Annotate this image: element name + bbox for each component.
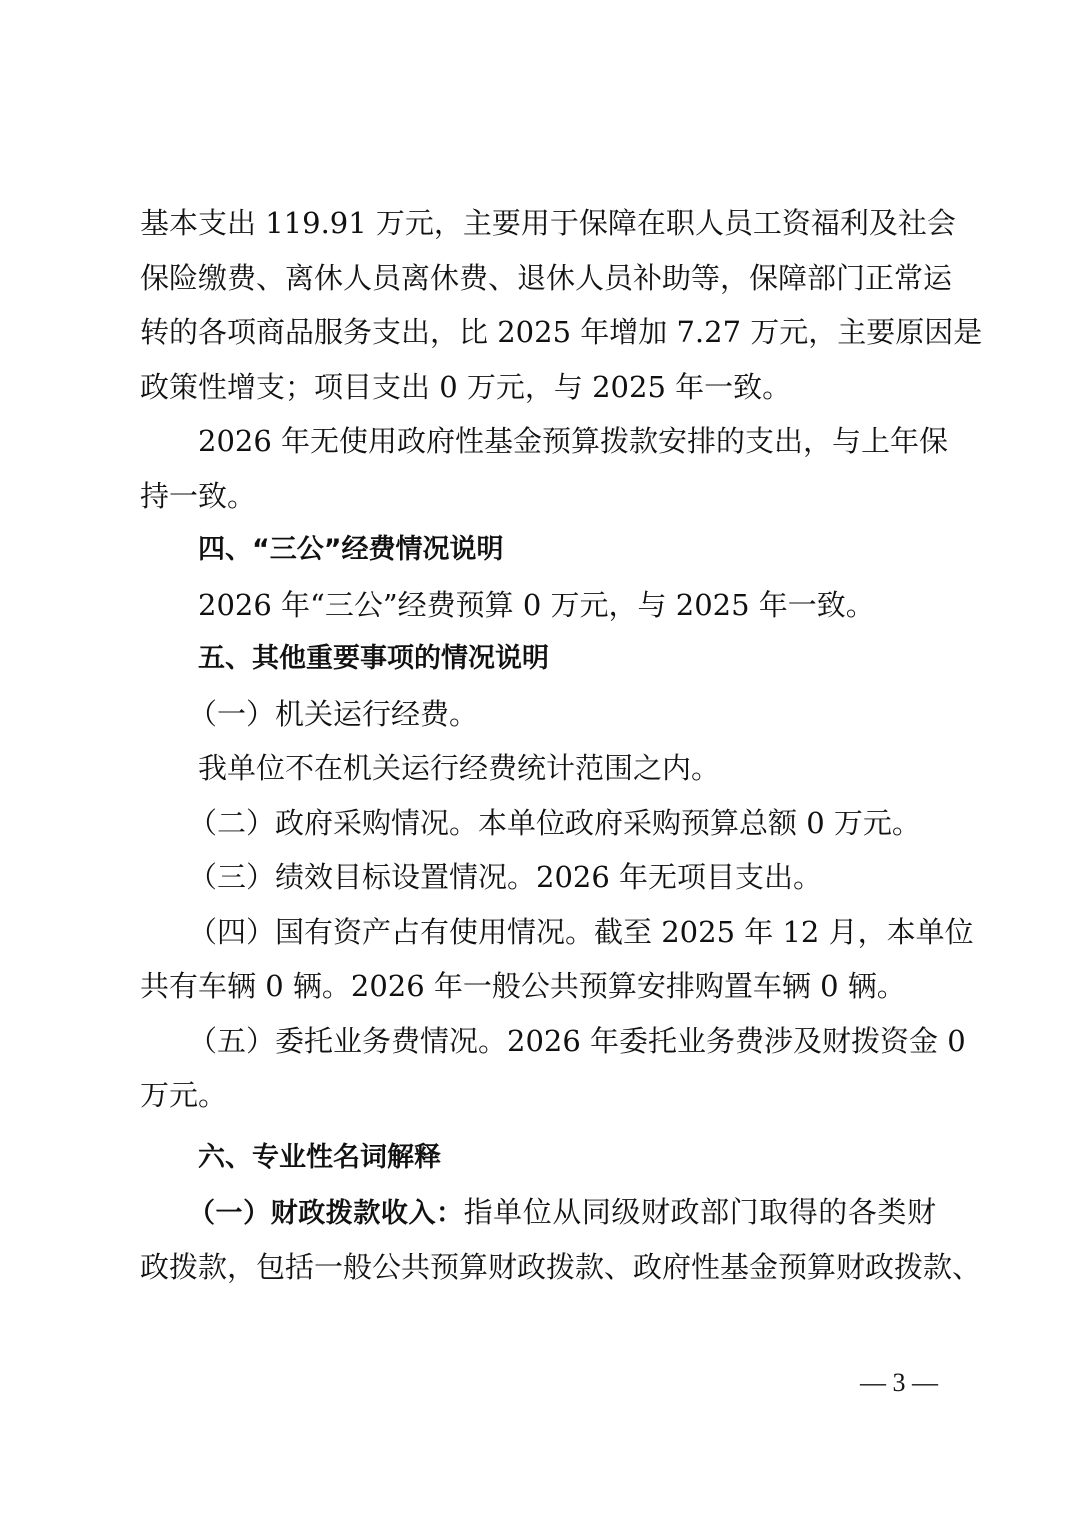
document-page: 基本支出 119.91 万元，主要用于保障在职人员工资福利及社会 保险缴费、离休… <box>140 196 936 1294</box>
section-heading-5: 五、其他重要事项的情况说明 <box>140 632 936 687</box>
section6-item1-line: （一）财政拨款收入：指单位从同级财政部门取得的各类财 <box>140 1185 936 1240</box>
section5-item1-title: （一）机关运行经费。 <box>140 687 936 742</box>
section5-item2: （二）政府采购情况。本单位政府采购预算总额 0 万元。 <box>140 796 936 851</box>
text-line: 政策性增支；项目支出 0 万元，与 2025 年一致。 <box>140 360 936 415</box>
section5-item1-body: 我单位不在机关运行经费统计范围之内。 <box>140 741 936 796</box>
section6-item1-line: 政拨款，包括一般公共预算财政拨款、政府性基金预算财政拨款、 <box>140 1240 936 1295</box>
section5-item4-line: （四）国有资产占有使用情况。截至 2025 年 12 月，本单位 <box>140 905 936 960</box>
section5-item4-line: 共有车辆 0 辆。2026 年一般公共预算安排购置车辆 0 辆。 <box>140 959 936 1014</box>
page-number: — 3 — <box>860 1368 938 1398</box>
text-line: 保险缴费、离休人员离休费、退休人员补助等，保障部门正常运 <box>140 251 936 306</box>
text-line: 2026 年无使用政府性基金预算拨款安排的支出，与上年保 <box>140 414 936 469</box>
text-line: 基本支出 119.91 万元，主要用于保障在职人员工资福利及社会 <box>140 196 936 251</box>
section5-item5-line: 万元。 <box>140 1068 936 1123</box>
text-line: 转的各项商品服务支出，比 2025 年增加 7.27 万元，主要原因是 <box>140 305 936 360</box>
section-heading-4: 四、“三公”经费情况说明 <box>140 523 936 578</box>
term-label: （一）财政拨款收入： <box>188 1198 464 1229</box>
section-heading-6: 六、专业性名词解释 <box>140 1131 936 1186</box>
term-definition: 指单位从同级财政部门取得的各类财 <box>464 1195 936 1229</box>
section5-item5-line: （五）委托业务费情况。2026 年委托业务费涉及财拨资金 0 <box>140 1014 936 1069</box>
text-line: 持一致。 <box>140 469 936 524</box>
section5-item3: （三）绩效目标设置情况。2026 年无项目支出。 <box>140 850 936 905</box>
section4-body: 2026 年“三公”经费预算 0 万元，与 2025 年一致。 <box>140 578 936 633</box>
